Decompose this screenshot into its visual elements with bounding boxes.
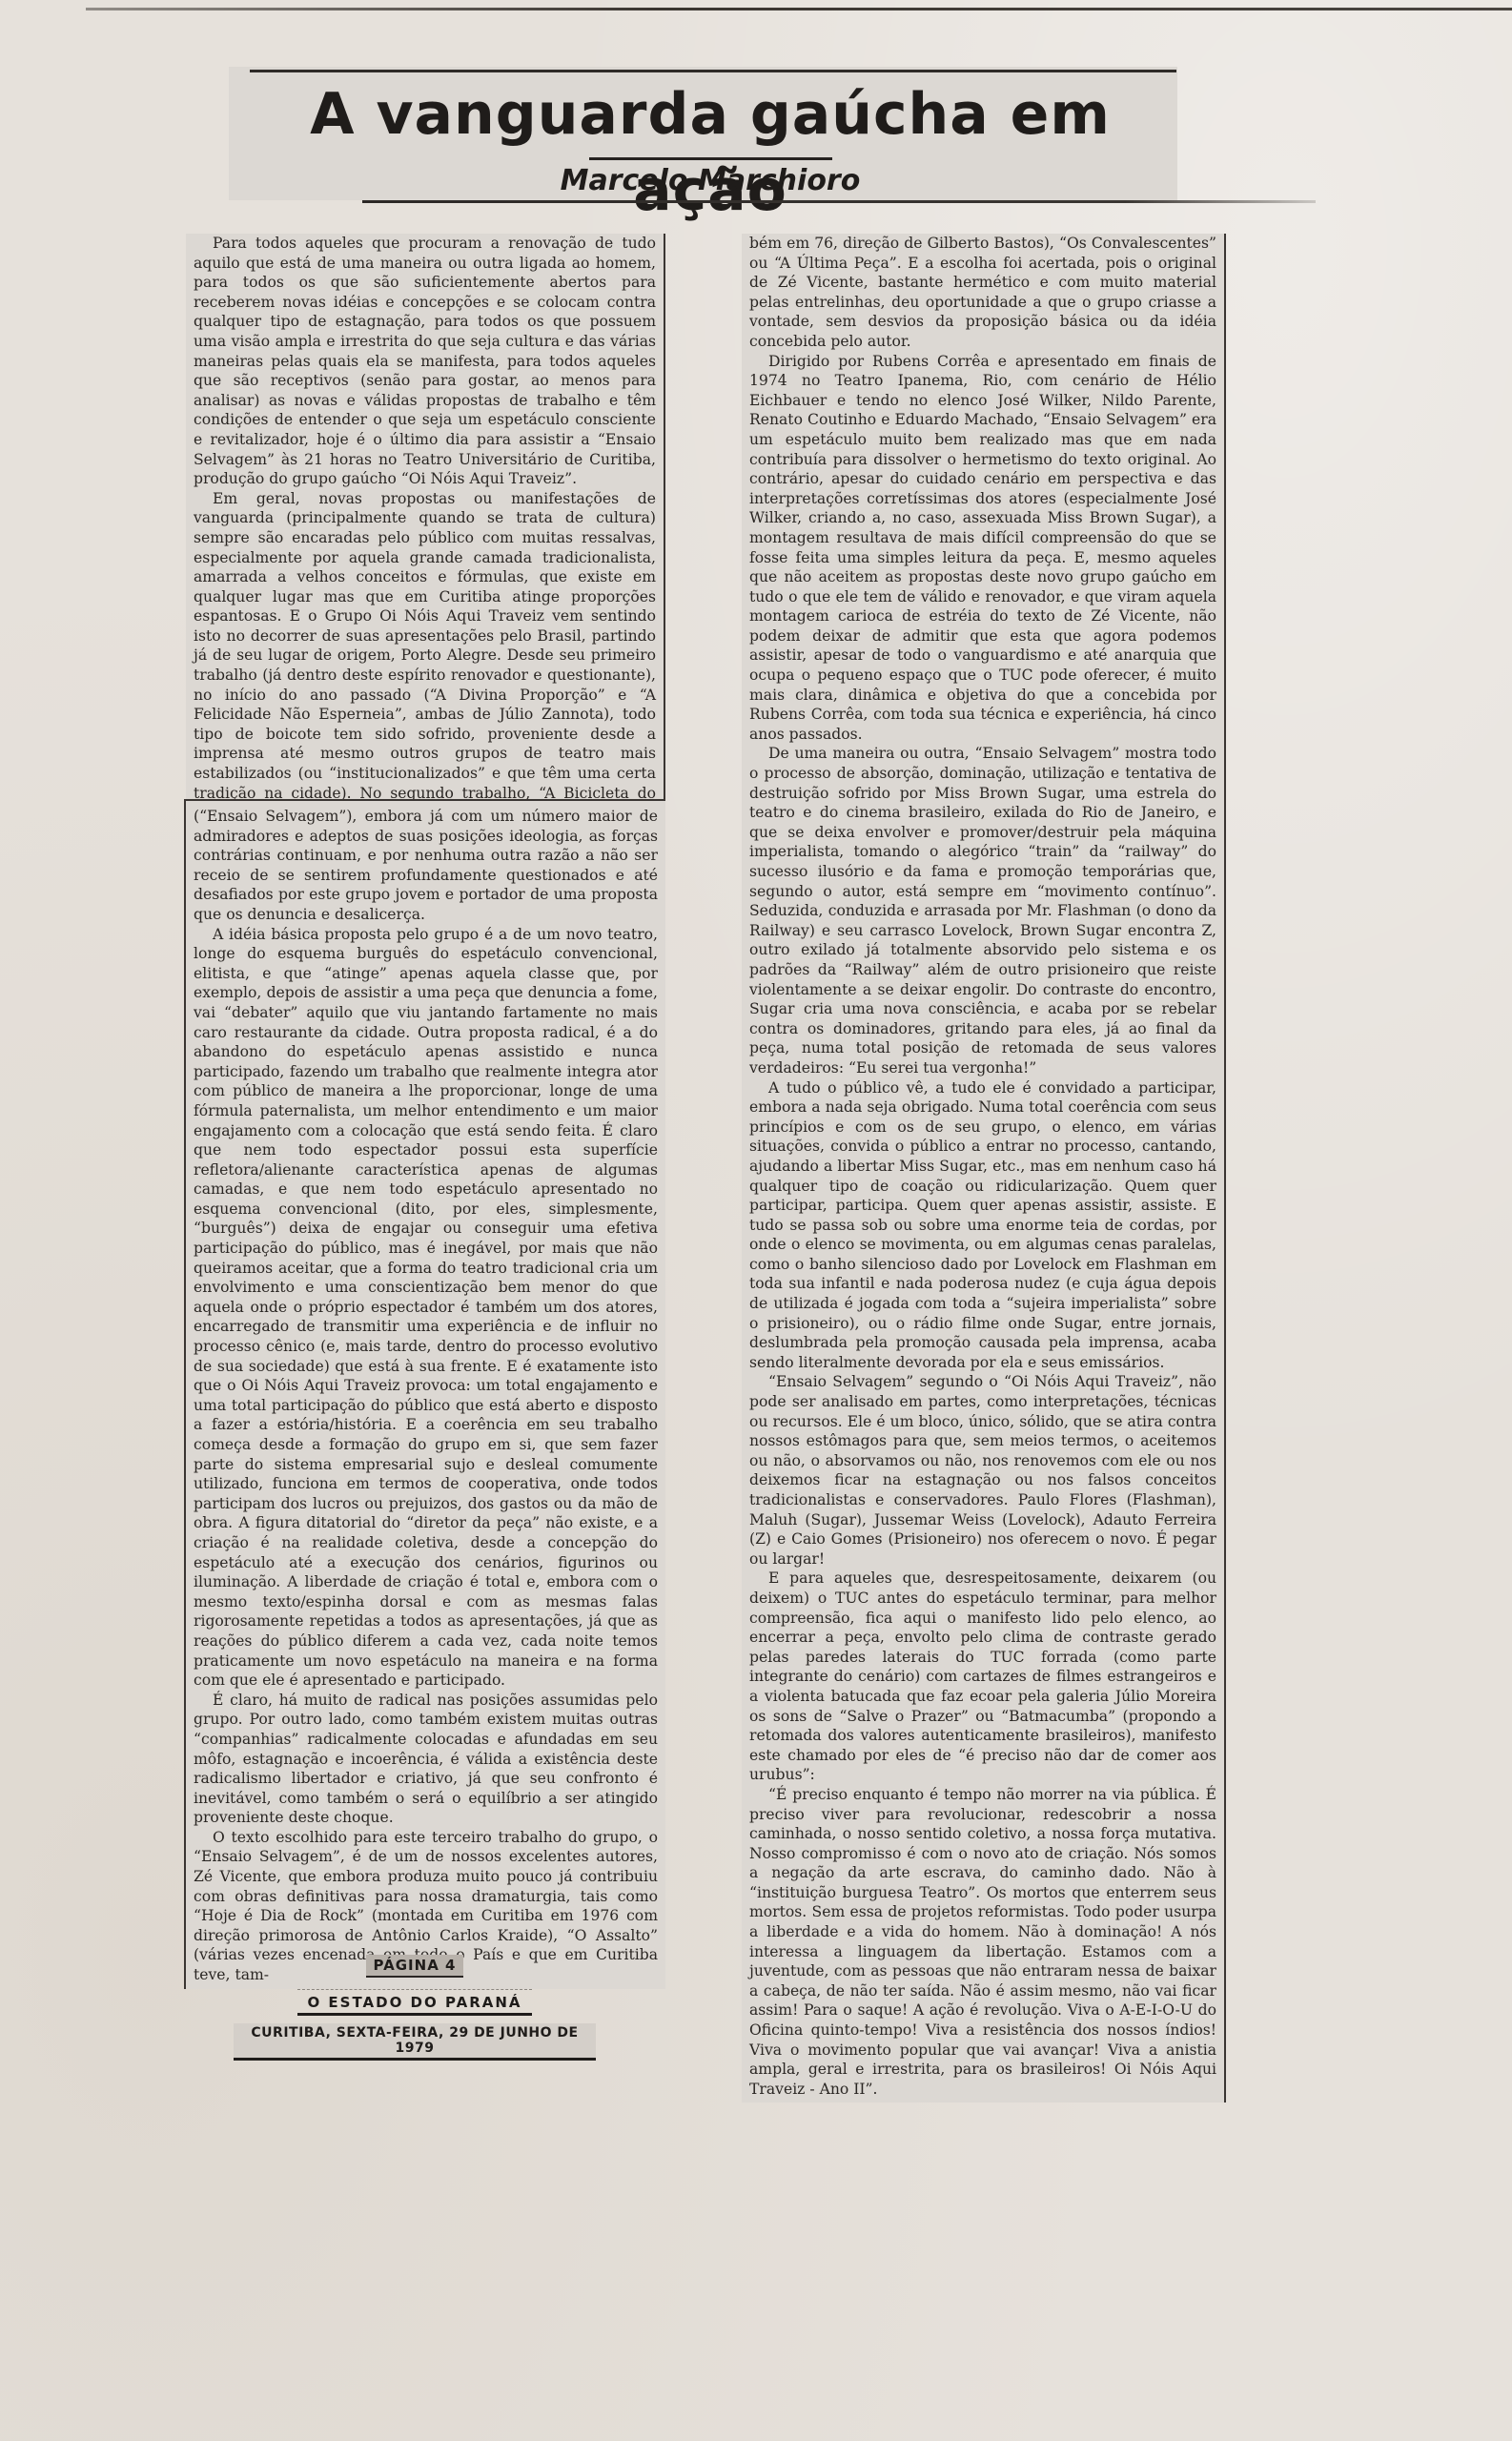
byline: Marcelo Marchioro bbox=[553, 162, 868, 200]
byline-rule bbox=[589, 157, 832, 160]
manifesto-paragraph: “É preciso enquanto é tempo não morrer n… bbox=[749, 1785, 1216, 2100]
page-label: PÁGINA 4 bbox=[366, 1955, 464, 1978]
paragraph: (“Ensaio Selvagem”), embora já com um nú… bbox=[194, 807, 658, 925]
left-column-top: Para todos aqueles que procuram a renova… bbox=[186, 234, 665, 827]
dateline: CURITIBA, SEXTA-FEIRA, 29 DE JUNHO DE 19… bbox=[234, 2023, 596, 2061]
paragraph: É claro, há muito de radical nas posiçõe… bbox=[194, 1691, 658, 1828]
newspaper-footer: PÁGINA 4 O ESTADO DO PARANÁ CURITIBA, SE… bbox=[234, 1955, 596, 2061]
paragraph: “Ensaio Selvagem” segundo o “Oi Nóis Aqu… bbox=[749, 1372, 1216, 1569]
paragraph: Dirigido por Rubens Corrêa e apresentado… bbox=[749, 352, 1216, 745]
left-column-bottom: (“Ensaio Selvagem”), embora já com um nú… bbox=[184, 799, 665, 1989]
top-rule bbox=[86, 8, 1512, 10]
newspaper-name: O ESTADO DO PARANÁ bbox=[297, 1989, 531, 2016]
paragraph: A tudo o público vê, a tudo ele é convid… bbox=[749, 1078, 1216, 1373]
paragraph: E para aqueles que, desrespeitosamente, … bbox=[749, 1569, 1216, 1785]
article-header: A vanguarda gaúcha em ação Marcelo March… bbox=[229, 67, 1177, 200]
paragraph: Para todos aqueles que procuram a renova… bbox=[194, 234, 656, 489]
paragraph: A idéia básica proposta pelo grupo é a d… bbox=[194, 925, 658, 1691]
header-rule-top bbox=[250, 70, 1176, 72]
paragraph: De uma maneira ou outra, “Ensaio Selvage… bbox=[749, 744, 1216, 1077]
right-column: bém em 76, direção de Gilberto Bastos), … bbox=[742, 234, 1226, 2103]
headline: A vanguarda gaúcha em ação bbox=[248, 76, 1173, 229]
paragraph: bém em 76, direção de Gilberto Bastos), … bbox=[749, 234, 1216, 352]
paragraph: Em geral, novas propostas ou manifestaçõ… bbox=[194, 489, 656, 823]
header-rule-bottom bbox=[362, 200, 1316, 203]
